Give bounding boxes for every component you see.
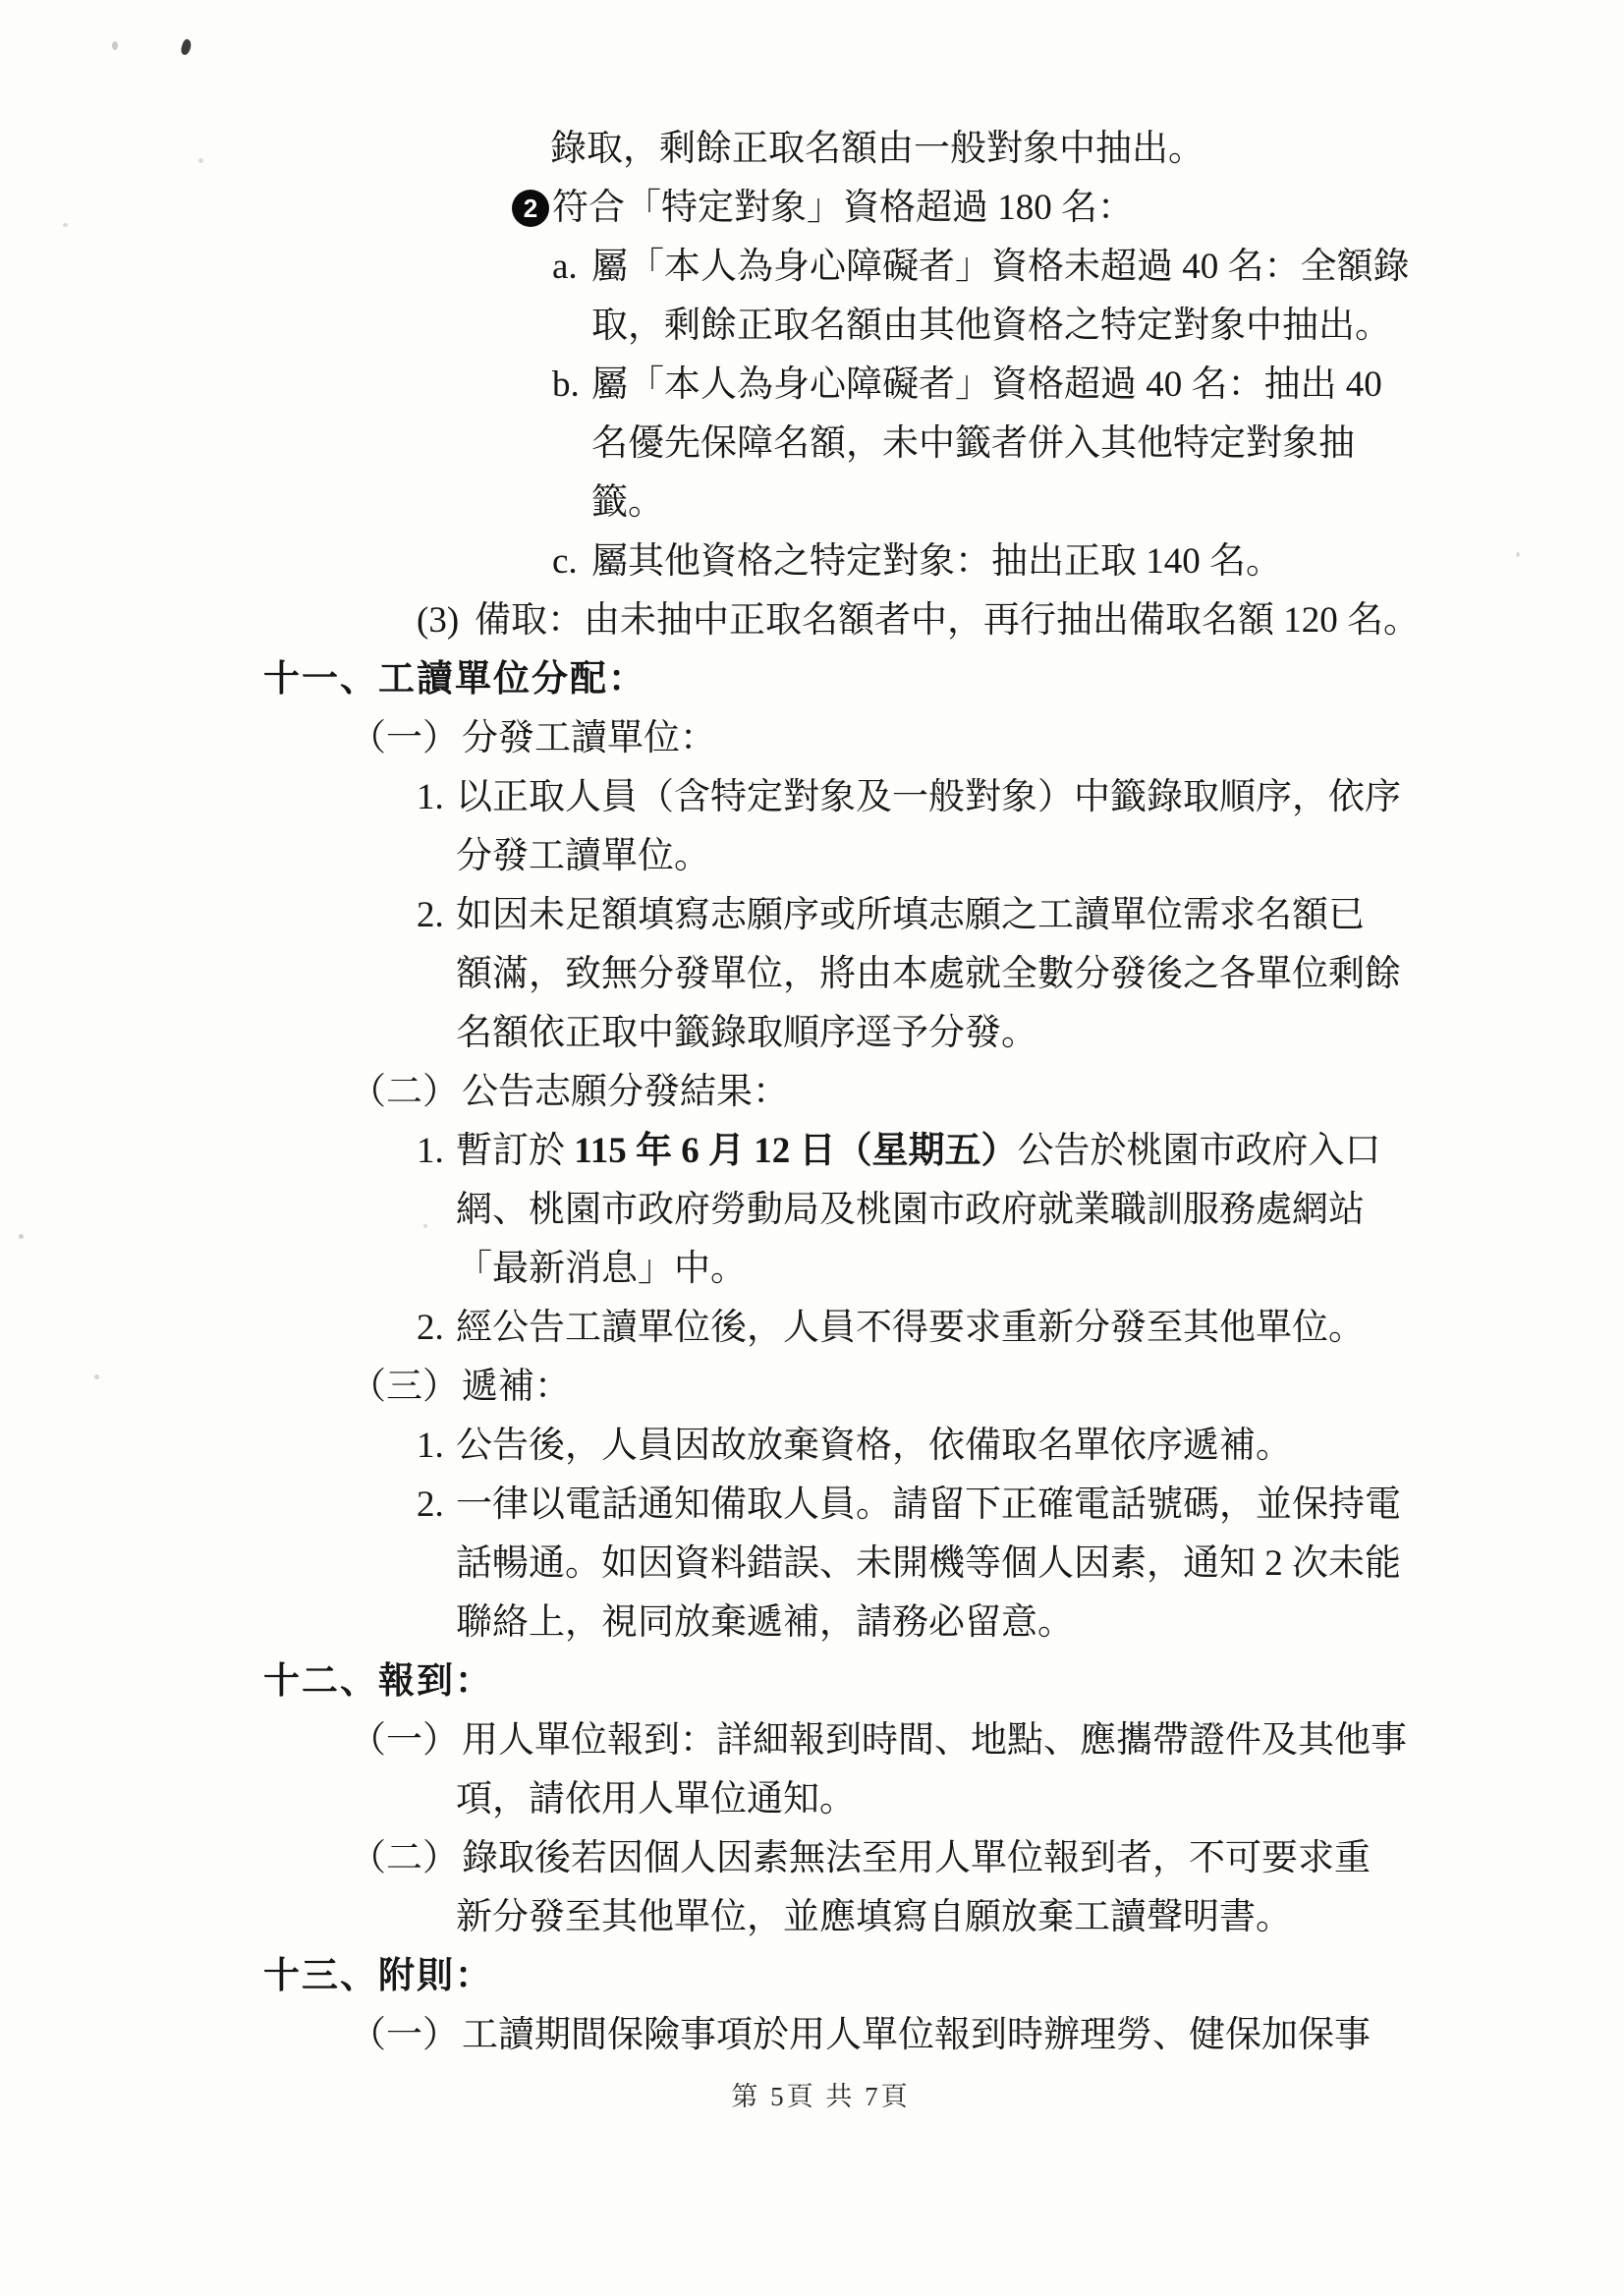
- doc-line: 話暢通。如因資料錯誤、未開機等個人因素，通知 2 次未能: [0, 1535, 1624, 1594]
- doc-line: （二）公告志願分發結果：: [0, 1063, 1624, 1122]
- line-text: 分發工讀單位。: [456, 836, 710, 876]
- line-text: 暫訂於: [456, 1131, 565, 1171]
- doc-line: 聯絡上，視同放棄遞補，請務必留意。: [0, 1594, 1624, 1652]
- line-text: 錄取後若因個人因素無法至用人單位報到者，不可要求重: [462, 1838, 1371, 1878]
- item-marker: c.: [552, 532, 578, 591]
- doc-line: 錄取，剩餘正取名額由一般對象中抽出。: [0, 120, 1624, 179]
- line-text: 以正取人員（含特定對象及一般對象）中籤錄取順序，依序: [456, 777, 1401, 817]
- doc-line: （一）用人單位報到：詳細報到時間、地點、應攜帶證件及其他事: [0, 1711, 1624, 1770]
- line-text: 額滿，致無分發單位，將由本處就全數分發後之各單位剩餘: [456, 954, 1401, 994]
- item-marker: （一）: [350, 709, 459, 768]
- item-marker: b.: [552, 356, 580, 415]
- item-marker: （二）: [350, 1063, 459, 1122]
- doc-line: 名額依正取中籤錄取順序逕予分發。: [0, 1004, 1624, 1063]
- doc-line: 2.如因未足額填寫志願序或所填志願之工讀單位需求名額已: [0, 886, 1624, 945]
- doc-line: 2.經公告工讀單位後，人員不得要求重新分發至其他單位。: [0, 1299, 1624, 1358]
- line-text: 錄取，剩餘正取名額由一般對象中抽出。: [550, 129, 1204, 169]
- doc-line: 1.暫訂於 115 年 6 月 12 日（星期五）公告於桃園市政府入口: [0, 1122, 1624, 1181]
- section-heading: 十三、附則：: [0, 1947, 1624, 2006]
- line-text: 籤。: [591, 482, 664, 523]
- doc-line: (3)備取：由未抽中正取名額者中，再行抽出備取名額 120 名。: [0, 591, 1624, 650]
- doc-line: 2.一律以電話通知備取人員。請留下正確電話號碼，並保持電: [0, 1476, 1624, 1535]
- item-marker: 1.: [417, 1417, 444, 1476]
- item-marker: 1.: [417, 1122, 444, 1181]
- item-marker: a.: [552, 238, 578, 297]
- line-text: 符合「特定對象」資格超過 180 名：: [552, 188, 1134, 228]
- doc-line: 1.公告後，人員因故放棄資格，依備取名單依序遞補。: [0, 1417, 1624, 1476]
- line-text: 分發工讀單位：: [462, 718, 716, 758]
- line-text: 名額依正取中籤錄取順序逕予分發。: [456, 1013, 1037, 1053]
- page-number: 第 5頁 共 7頁: [731, 2082, 910, 2111]
- doc-line: 名優先保障名額，未中籤者併入其他特定對象抽: [0, 415, 1624, 474]
- doc-line: 額滿，致無分發單位，將由本處就全數分發後之各單位剩餘: [0, 945, 1624, 1004]
- line-text: 一律以電話通知備取人員。請留下正確電話號碼，並保持電: [456, 1484, 1401, 1525]
- line-text: 項，請依用人單位通知。: [456, 1779, 856, 1820]
- line-text: 聯絡上，視同放棄遞補，請務必留意。: [456, 1602, 1074, 1643]
- line-text: 遞補：: [462, 1367, 571, 1407]
- line-text: 備取：由未抽中正取名額者中，再行抽出備取名額 120 名。: [475, 600, 1420, 641]
- item-marker: （一）: [350, 2006, 459, 2065]
- line-text: 公告後，人員因故放棄資格，依備取名單依序遞補。: [456, 1426, 1292, 1466]
- doc-line: c.屬其他資格之特定對象：抽出正取 140 名。: [0, 532, 1624, 591]
- item-marker: 2.: [417, 886, 444, 945]
- doc-line: 分發工讀單位。: [0, 827, 1624, 886]
- doc-line: 籤。: [0, 474, 1624, 532]
- doc-line: 網、桃園市政府勞動局及桃園市政府就業職訓服務處網站: [0, 1181, 1624, 1240]
- page-footer: 第 5頁 共 7頁: [0, 2075, 1624, 2118]
- doc-line: 項，請依用人單位通知。: [0, 1770, 1624, 1829]
- item-marker: 1.: [417, 768, 444, 827]
- section-heading: 十一、工讀單位分配：: [0, 650, 1624, 709]
- doc-line: 「最新消息」中。: [0, 1240, 1624, 1299]
- doc-line: 新分發至其他單位，並應填寫自願放棄工讀聲明書。: [0, 1888, 1624, 1947]
- item-marker: （三）: [350, 1358, 459, 1417]
- bold-date-text: 115 年 6 月 12 日（星期五）: [565, 1131, 1017, 1171]
- line-text: 工讀期間保險事項於用人單位報到時辦理勞、健保加保事: [462, 2015, 1371, 2055]
- doc-line: b.屬「本人為身心障礙者」資格超過 40 名：抽出 40: [0, 356, 1624, 415]
- line-text: 屬其他資格之特定對象：抽出正取 140 名。: [591, 541, 1282, 582]
- line-text: 名優先保障名額，未中籤者併入其他特定對象抽: [591, 423, 1355, 464]
- scan-artifact: [180, 38, 194, 56]
- circled-2-badge: 2: [512, 190, 549, 227]
- section-heading: 十二、報到：: [0, 1652, 1624, 1711]
- line-text: 如因未足額填寫志願序或所填志願之工讀單位需求名額已: [456, 895, 1365, 935]
- line-text: 屬「本人為身心障礙者」資格未超過 40 名：全額錄: [591, 247, 1410, 287]
- line-text: 話暢通。如因資料錯誤、未開機等個人因素，通知 2 次未能: [456, 1543, 1401, 1584]
- doc-line: 取，剩餘正取名額由其他資格之特定對象中抽出。: [0, 297, 1624, 356]
- line-text: 用人單位報到：詳細報到時間、地點、應攜帶證件及其他事: [462, 1720, 1407, 1761]
- line-text: 新分發至其他單位，並應填寫自願放棄工讀聲明書。: [456, 1897, 1292, 1937]
- line-text: 「最新消息」中。: [456, 1249, 747, 1289]
- item-marker: (3): [417, 591, 459, 650]
- doc-line: 1.以正取人員（含特定對象及一般對象）中籤錄取順序，依序: [0, 768, 1624, 827]
- line-text: 十一、工讀單位分配：: [263, 659, 646, 700]
- line-text: 網、桃園市政府勞動局及桃園市政府就業職訓服務處網站: [456, 1190, 1365, 1230]
- doc-line: （一）分發工讀單位：: [0, 709, 1624, 768]
- line-text: 十三、附則：: [263, 1956, 493, 1996]
- line-text: 取，剩餘正取名額由其他資格之特定對象中抽出。: [591, 306, 1391, 346]
- doc-line: a.屬「本人為身心障礙者」資格未超過 40 名：全額錄: [0, 238, 1624, 297]
- item-marker: 2.: [417, 1299, 444, 1358]
- line-text: 公告於桃園市政府入口: [1017, 1131, 1380, 1171]
- line-text: 屬「本人為身心障礙者」資格超過 40 名：抽出 40: [591, 364, 1382, 405]
- doc-line: （三）遞補：: [0, 1358, 1624, 1417]
- item-marker: （二）: [350, 1829, 459, 1888]
- scan-artifact: [112, 41, 118, 50]
- doc-line: 2符合「特定對象」資格超過 180 名：: [0, 179, 1624, 238]
- document-body: 錄取，剩餘正取名額由一般對象中抽出。2符合「特定對象」資格超過 180 名：a.…: [0, 120, 1624, 2065]
- item-marker: 2.: [417, 1476, 444, 1535]
- doc-line: （二）錄取後若因個人因素無法至用人單位報到者，不可要求重: [0, 1829, 1624, 1888]
- scanned-document-page: 錄取，剩餘正取名額由一般對象中抽出。2符合「特定對象」資格超過 180 名：a.…: [0, 0, 1624, 2296]
- line-text: 公告志願分發結果：: [462, 1072, 789, 1112]
- doc-line: （一）工讀期間保險事項於用人單位報到時辦理勞、健保加保事: [0, 2006, 1624, 2065]
- line-text: 經公告工讀單位後，人員不得要求重新分發至其他單位。: [456, 1308, 1365, 1348]
- item-marker: （一）: [350, 1711, 459, 1770]
- line-text: 十二、報到：: [263, 1661, 493, 1702]
